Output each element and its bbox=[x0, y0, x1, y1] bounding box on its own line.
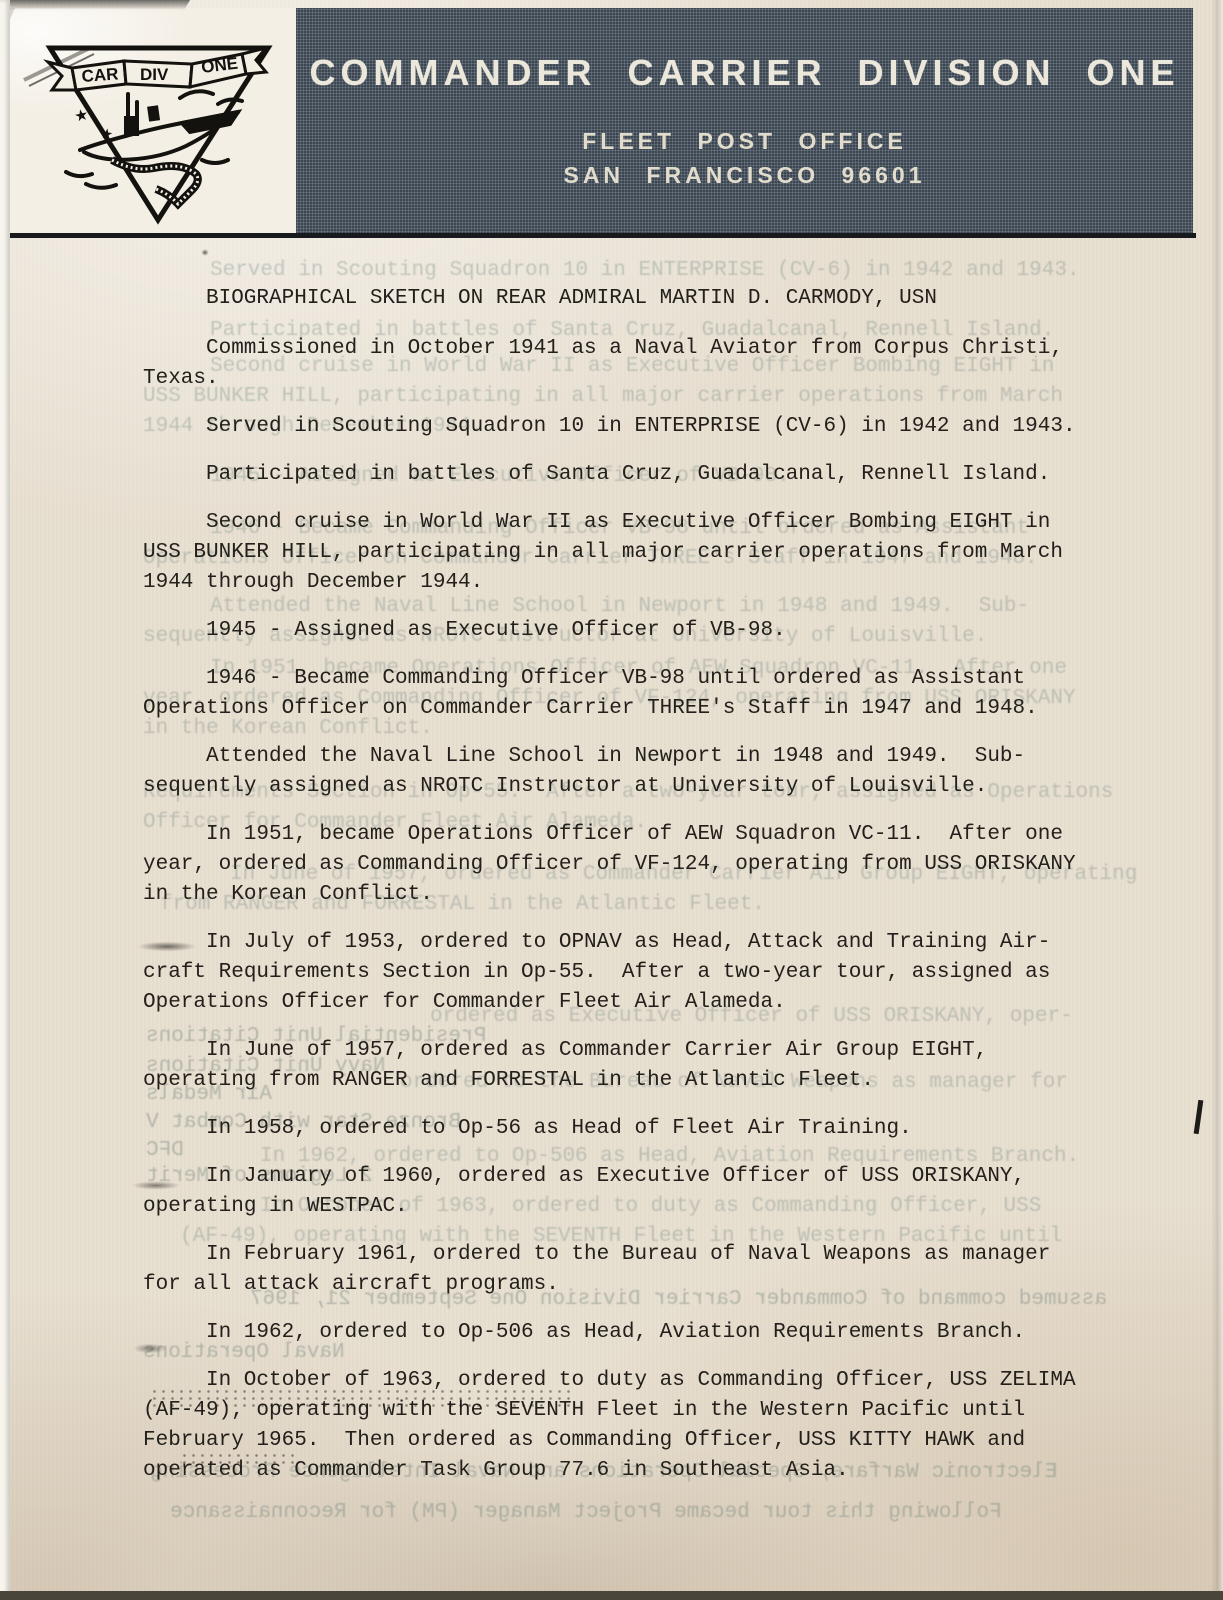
fleet-post-office-line: FLEET POST OFFICE SAN FRANCISCO 96601 bbox=[296, 124, 1193, 192]
text-line: year, ordered as Commanding Officer of V… bbox=[143, 850, 1095, 880]
ghost-text: Served in Scouting Squadron 10 in ENTERP… bbox=[210, 256, 1080, 286]
header-rule bbox=[0, 233, 1196, 238]
text-line: 1946 - Became Commanding Officer VB-98 u… bbox=[143, 664, 1095, 694]
paragraph: In February 1961, ordered to the Bureau … bbox=[143, 1240, 1095, 1300]
insignia-panel: CAR DIV ONE ★ ★ bbox=[8, 8, 296, 236]
text-line: sequently assigned as NROTC Instructor a… bbox=[143, 772, 1095, 802]
text-line: In 1951, became Operations Officer of AE… bbox=[143, 820, 1095, 850]
text-line: In 1958, ordered to Op-56 as Head of Fle… bbox=[143, 1114, 1095, 1144]
office-line-2: SAN FRANCISCO 96601 bbox=[296, 158, 1193, 192]
paragraph: In July of 1953, ordered to OPNAV as Hea… bbox=[143, 928, 1095, 1018]
text-line: In January of 1960, ordered as Executive… bbox=[143, 1162, 1095, 1192]
ink-smudge bbox=[124, 1180, 188, 1191]
command-title: COMMANDER CARRIER DIVISION ONE bbox=[296, 8, 1193, 94]
text-line: in the Korean Conflict. bbox=[143, 880, 1095, 910]
typed-body: BIOGRAPHICAL SKETCH ON REAR ADMIRAL MART… bbox=[143, 284, 1095, 1504]
text-line: In June of 1957, ordered as Commander Ca… bbox=[143, 1036, 1095, 1066]
scan-edge-right bbox=[1211, 0, 1223, 1600]
cardiv-one-insignia-icon: CAR DIV ONE ★ ★ bbox=[20, 18, 290, 236]
paragraph: In October of 1963, ordered to duty as C… bbox=[143, 1366, 1095, 1486]
paragraph: In 1962, ordered to Op-506 as Head, Avia… bbox=[143, 1318, 1095, 1348]
text-line: 1945 - Assigned as Executive Officer of … bbox=[143, 616, 1095, 646]
ink-smudge bbox=[128, 940, 206, 953]
banner-word-div: DIV bbox=[140, 65, 169, 84]
text-line: for all attack aircraft programs. bbox=[143, 1270, 1095, 1300]
text-line: In 1962, ordered to Op-506 as Head, Avia… bbox=[143, 1318, 1095, 1348]
text-line: Texas. bbox=[143, 364, 1095, 394]
paragraph: Participated in battles of Santa Cruz, G… bbox=[143, 460, 1095, 490]
text-line: Commissioned in October 1941 as a Naval … bbox=[143, 334, 1095, 364]
text-line: Operations Officer on Commander Carrier … bbox=[143, 694, 1095, 724]
paragraph: 1945 - Assigned as Executive Officer of … bbox=[143, 616, 1095, 646]
scan-edge-left bbox=[0, 0, 10, 1600]
letterhead-band: COMMANDER CARRIER DIVISION ONE FLEET POS… bbox=[296, 8, 1193, 236]
paragraphs-container: Commissioned in October 1941 as a Naval … bbox=[143, 334, 1095, 1486]
text-line: Attended the Naval Line School in Newpor… bbox=[143, 742, 1095, 772]
paragraph: In June of 1957, ordered as Commander Ca… bbox=[143, 1036, 1095, 1096]
office-line-1: FLEET POST OFFICE bbox=[296, 124, 1193, 158]
ink-speckles bbox=[150, 1388, 570, 1408]
text-line: Operations Officer for Commander Fleet A… bbox=[143, 988, 1095, 1018]
paragraph: In January of 1960, ordered as Executive… bbox=[143, 1162, 1095, 1222]
paragraph: In 1951, became Operations Officer of AE… bbox=[143, 820, 1095, 910]
corner-shadow bbox=[0, 0, 190, 10]
text-line: USS BUNKER HILL, participating in all ma… bbox=[143, 538, 1095, 568]
paragraph: Commissioned in October 1941 as a Naval … bbox=[143, 334, 1095, 394]
ink-speckles bbox=[180, 1452, 300, 1466]
page-edge-mark bbox=[1194, 1100, 1204, 1134]
paragraph: In 1958, ordered to Op-56 as Head of Fle… bbox=[143, 1114, 1095, 1144]
aircraft-carrier-sketch bbox=[66, 91, 242, 187]
paragraph: Second cruise in World War II as Executi… bbox=[143, 508, 1095, 598]
banner-word-car: CAR bbox=[81, 64, 119, 86]
document-page: COMMANDER CARRIER DIVISION ONE FLEET POS… bbox=[0, 0, 1223, 1600]
text-line: Served in Scouting Squadron 10 in ENTERP… bbox=[143, 412, 1095, 442]
text-line: craft Requirements Section in Op-55. Aft… bbox=[143, 958, 1095, 988]
text-line: In July of 1953, ordered to OPNAV as Hea… bbox=[143, 928, 1095, 958]
text-line: operating from RANGER and FORRESTAL in t… bbox=[143, 1066, 1095, 1096]
text-line: Second cruise in World War II as Executi… bbox=[143, 508, 1095, 538]
ink-smudge bbox=[128, 1342, 172, 1355]
document-title: BIOGRAPHICAL SKETCH ON REAR ADMIRAL MART… bbox=[143, 284, 1095, 314]
scan-edge-bottom bbox=[0, 1591, 1223, 1600]
text-line: In February 1961, ordered to the Bureau … bbox=[143, 1240, 1095, 1270]
text-line: Participated in battles of Santa Cruz, G… bbox=[143, 460, 1095, 490]
ink-dot bbox=[200, 248, 210, 257]
text-line: operating in WESTPAC. bbox=[143, 1192, 1095, 1222]
paragraph: Served in Scouting Squadron 10 in ENTERP… bbox=[143, 412, 1095, 442]
paragraph: Attended the Naval Line School in Newpor… bbox=[143, 742, 1095, 802]
paragraph: 1946 - Became Commanding Officer VB-98 u… bbox=[143, 664, 1095, 724]
text-line: 1944 through December 1944. bbox=[143, 568, 1095, 598]
